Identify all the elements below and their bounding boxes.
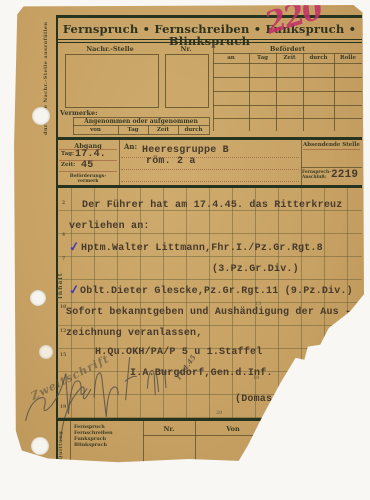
footer-type-labels: Fernspruch Fernschreiben Funkspruch Blin…: [74, 424, 140, 448]
zeit-value: 45: [81, 161, 93, 171]
ang-v3: [178, 125, 179, 135]
addressee-line2: röm. 2 a: [146, 157, 196, 167]
bef-v3: [303, 53, 304, 131]
befoerdert-title: Befördert: [213, 45, 362, 53]
footer-v0: [70, 421, 71, 462]
an-dotline-2: [121, 169, 299, 170]
absendende-stelle-label: Absendende Stelle: [301, 142, 362, 148]
message-line-4: (3.Pz.Gr.Div.): [212, 265, 299, 275]
footer-col-nr: Nr.: [143, 425, 195, 433]
punch-hole: [32, 107, 50, 125]
an-label: An:: [124, 143, 137, 150]
line-number: 7: [62, 257, 65, 262]
header-underline-2: [57, 42, 362, 43]
header-underline-1: [57, 39, 362, 40]
anschluss-value: 2219: [331, 170, 358, 181]
punch-hole: [31, 437, 49, 455]
nachr-stelle-box: [65, 54, 159, 108]
bef-h2: [213, 77, 362, 78]
ang-col-durch: durch: [178, 127, 209, 133]
addressee-line1: Heeresgruppe B: [142, 146, 229, 156]
befoerdert-col-rolle: Rolle: [334, 55, 362, 61]
footer-v4: [325, 421, 326, 462]
line-number: 4: [62, 233, 65, 238]
divider-3: [57, 418, 362, 421]
punch-hole: [30, 290, 46, 306]
message-line-10: (Domaschk) Major: [235, 395, 334, 405]
bef-h4: [213, 105, 362, 106]
bef-v1: [249, 53, 250, 131]
message-line-2: verliehen an:: [69, 222, 150, 232]
bef-h5: [213, 118, 362, 119]
message-line-3: Hptm.Walter Littmann,Fhr.I./Pz.Gr.Rgt.8: [81, 244, 323, 254]
befoerdert-col-zeit: Zeit: [276, 55, 303, 61]
footer-h: [143, 435, 362, 436]
blue-checkmark-icon: ✓: [68, 282, 81, 298]
footer-col-von: Von: [195, 425, 271, 433]
anschluss-label: Fernsprech- Anschluß:: [302, 170, 332, 181]
ang-h: [73, 134, 209, 135]
befoerdert-col-tag: Tag: [249, 55, 276, 61]
nr-box: [165, 54, 209, 108]
ang-top: [73, 117, 209, 118]
tag-label: Tag:: [61, 152, 74, 158]
divider-1: [57, 137, 362, 140]
befoerdert-col-an: an: [213, 55, 249, 61]
footer-v3: [271, 421, 272, 462]
line-number: 2: [62, 201, 65, 206]
tag-value: 17.4.: [75, 150, 106, 160]
scanned-document-page: { "page": { "handwritten_number": "220" …: [0, 0, 370, 500]
bef-v4: [334, 53, 335, 131]
ang-v1: [118, 125, 119, 135]
vermerke-label: Vermerke:: [60, 110, 97, 117]
message-line-7: zeichnung veranlassen,: [66, 329, 202, 339]
message-line-6: Sofort bekanntgeben und Aushändigung der…: [66, 308, 351, 318]
bef-h1: [213, 63, 362, 64]
befoerdert-col-durch: durch: [303, 55, 334, 61]
befoerderungs-vermerk-label: Beförderungs- vermerk: [59, 174, 117, 185]
paper-damage-spot: [39, 345, 53, 359]
ang-col-von: von: [73, 127, 118, 133]
ang-col-tag: Tag: [118, 127, 148, 133]
ang-v0: [73, 117, 74, 135]
message-line-5: Oblt.Dieter Glescke,Pz.Gr.Rgt.11 (9.Pz.D…: [80, 287, 353, 297]
nr-label: Nr.: [163, 45, 209, 53]
blue-checkmark-icon: ✓: [68, 239, 81, 255]
zeit-ul: [59, 171, 117, 172]
footer-type-blinkspruch: Blinkspruch: [74, 442, 140, 448]
bef-h3: [213, 91, 362, 92]
ang-mid: [73, 125, 209, 126]
ang-v4: [209, 117, 210, 135]
ang-v2: [148, 125, 149, 135]
abs-h: [301, 167, 362, 168]
abs-ul: [303, 149, 360, 150]
an-dotline-3: [121, 181, 299, 182]
nachr-stelle-label: Nachr.-Stelle: [60, 45, 160, 53]
befoerdert-line: [213, 53, 362, 54]
footer-col-an: An: [271, 425, 325, 433]
angenommen-title: Angenommen oder aufgenommen: [73, 118, 209, 125]
message-line-1: Der Führer hat am 17.4.45. das Ritterkre…: [82, 201, 342, 211]
bef-v2: [276, 53, 277, 131]
quittung-label: Quittung: [58, 424, 64, 460]
ang-col-zeit: Zeit: [148, 127, 178, 133]
message-form-paper: durch die Nachr.-Stelle auszufüllen Fern…: [13, 5, 364, 473]
dispatch-v1: [119, 140, 120, 185]
footer-col-tag: Tag: [325, 425, 362, 433]
zeit-label: Zeit:: [61, 163, 75, 169]
